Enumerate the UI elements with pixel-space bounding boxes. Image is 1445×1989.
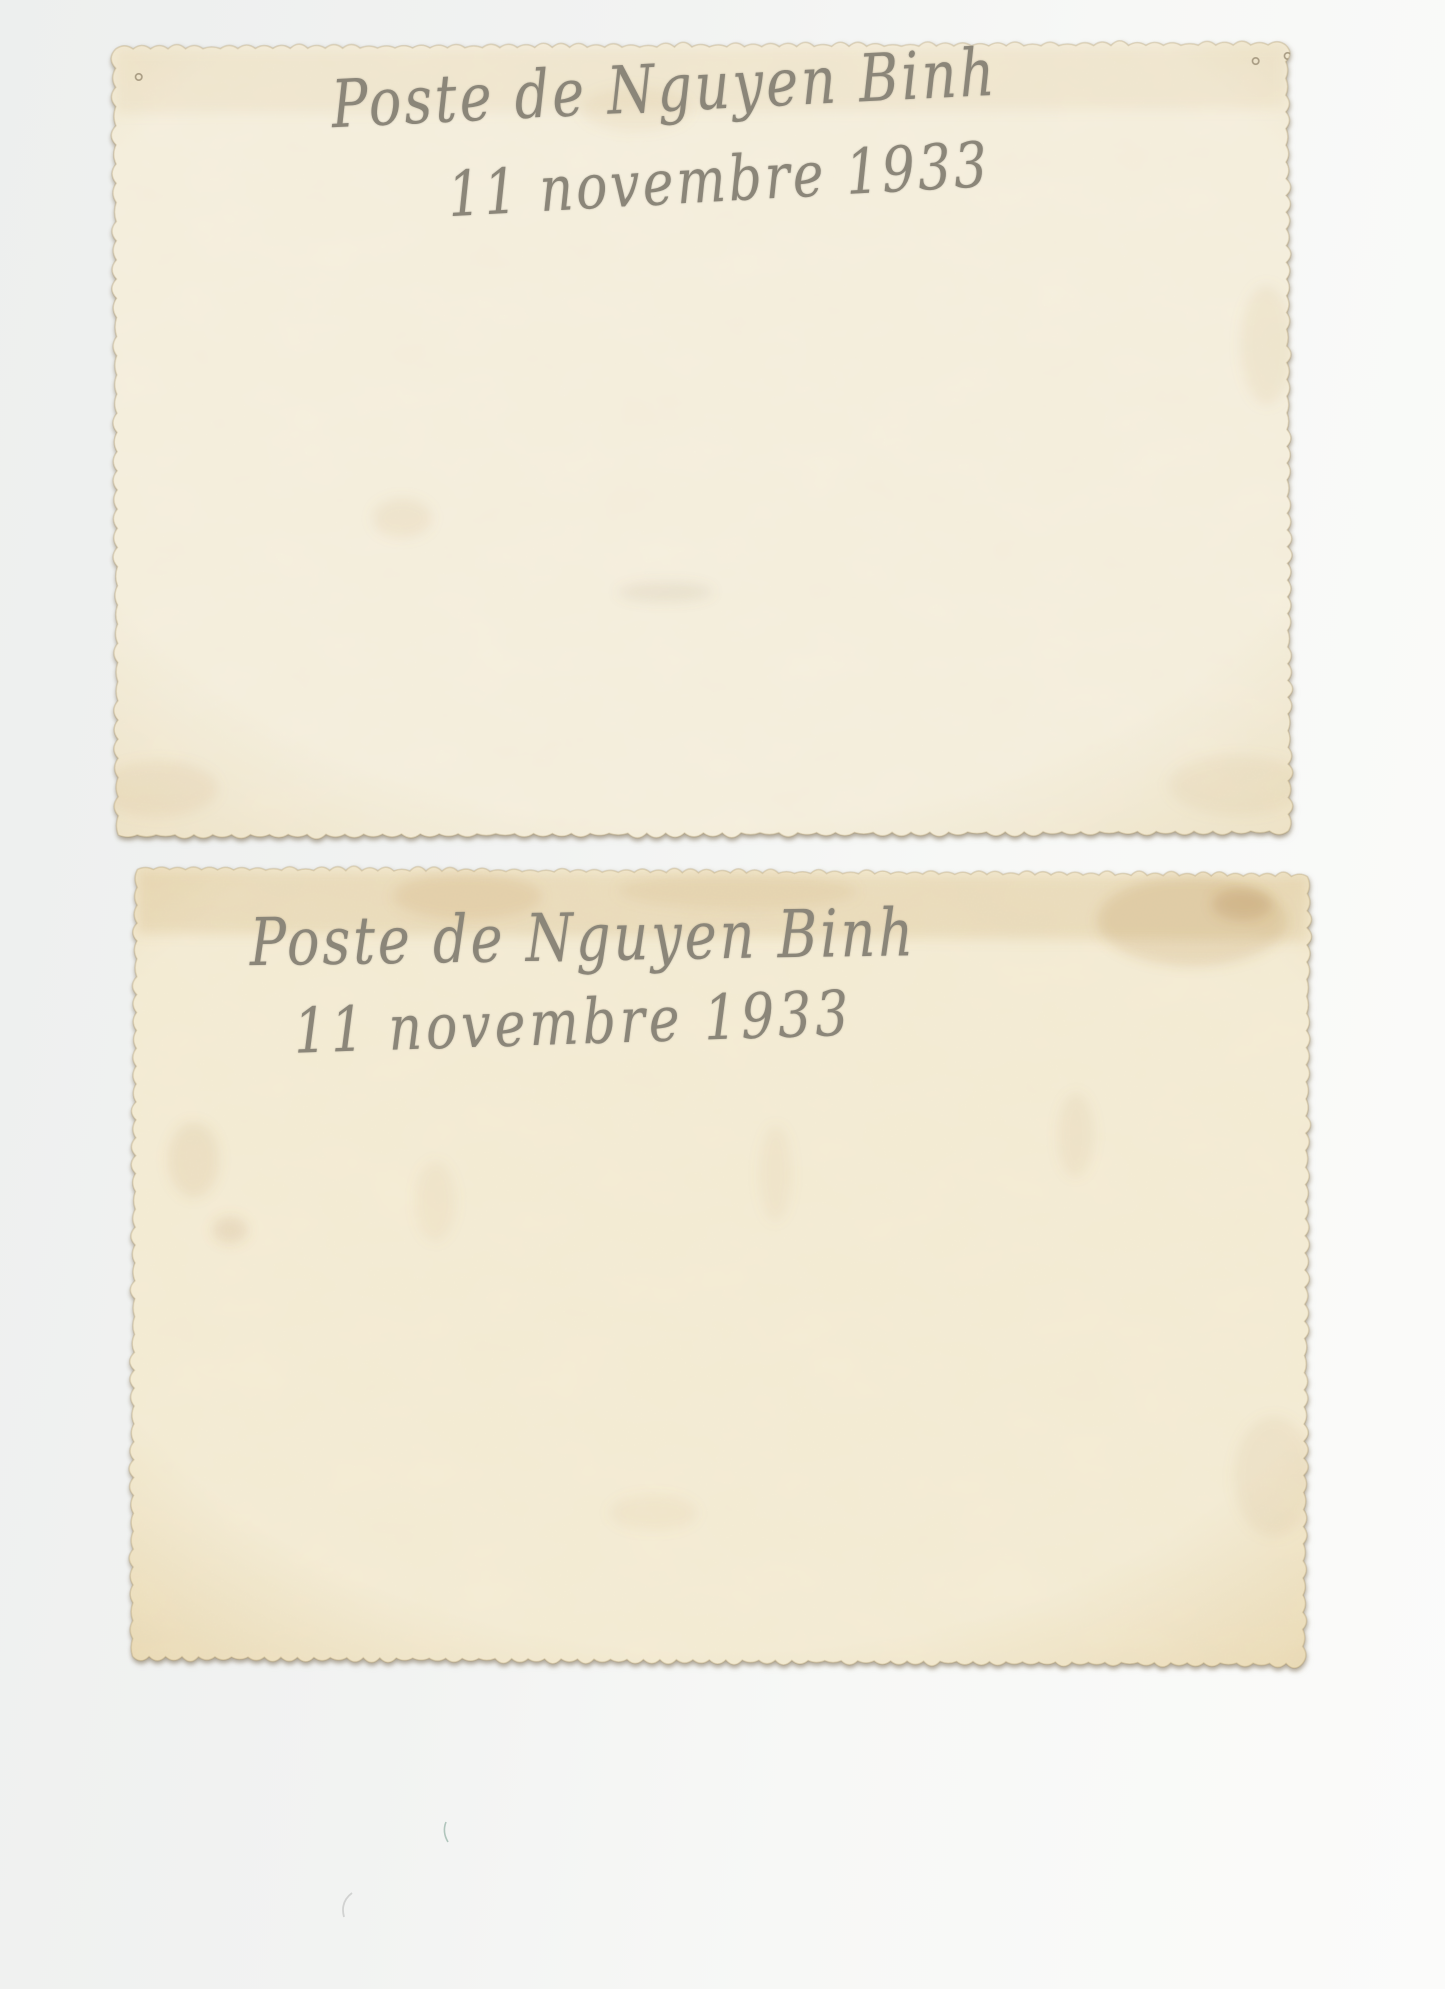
photo-paper-bottom (137, 869, 1307, 876)
photo-back-top: Poste de Nguyen Binh 11 novembre 1933 (116, 45, 1289, 835)
inscription-title-bottom: Poste de Nguyen Binh (249, 894, 916, 981)
photo-back-bottom: Poste de Nguyen Binh 11 novembre 1933 (133, 869, 1308, 1663)
scanned-page: Poste de Nguyen Binh 11 novembre 1933 Po… (0, 0, 1445, 1989)
